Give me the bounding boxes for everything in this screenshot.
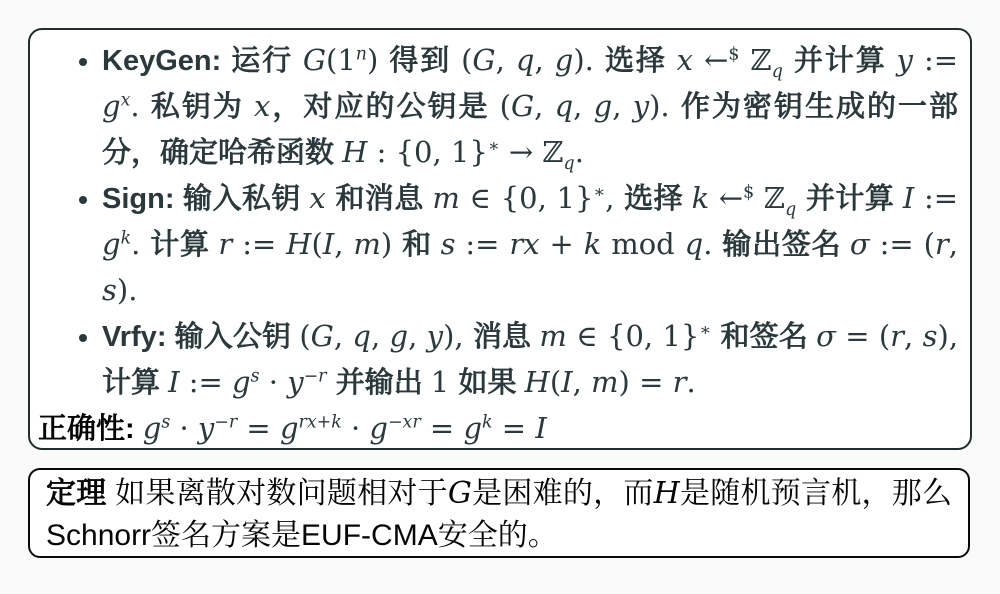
text-run: ). [117,273,138,307]
text-run: g [555,43,574,77]
text-run: ( [311,227,322,261]
text-run: k [482,412,493,432]
text-run: 和 [402,229,440,261]
text-run: s [161,412,170,432]
text-run: k [121,228,132,248]
text-run: , [573,365,591,399]
text-run: s [102,273,117,307]
text-run: 运行 [231,45,303,77]
text-run: s [441,227,466,261]
text-run: 并输出 [336,367,431,399]
text-run: G [472,43,495,77]
text-run: 并计算 [806,183,903,215]
text-run: 选择 [624,183,691,215]
text-run: g [463,411,482,445]
text-run: H [654,476,680,511]
scheme-bullet-list: KeyGen: 运行 G(1n) 得到 (G, q, g). 选择 x ←$ ℤ… [36,38,958,406]
theorem-text: 定理 如果离散对数问题相对于G是困难的，而H是随机预言机，那么Schnorr签名… [46,473,952,557]
text-run: g [280,411,299,445]
text-run: I [168,365,189,399]
text-run: I [323,227,334,261]
text-run: r [218,227,242,261]
text-run: H [286,227,311,261]
text-run: H [342,135,377,169]
text-run: := ( [880,227,935,261]
text-run: m [353,227,381,261]
text-run: . [575,135,584,169]
text-run: := [189,365,232,399]
text-run: , [612,89,632,123]
text-run: 计算 [150,229,218,261]
text-run: $ [743,182,754,202]
text-run: q [785,200,796,220]
text-run: m [432,181,469,215]
text-run: , [904,319,923,353]
text-run: x [677,43,704,77]
text-run: , [573,89,593,123]
text-run: ), [443,319,473,353]
text-run: 是困难的，而 [472,477,654,510]
text-run: 定理 [46,477,115,510]
text-run: y [427,319,443,353]
text-run: ( [550,365,561,399]
bullet-item-keygen: KeyGen: 运行 G(1n) 得到 (G, q, g). 选择 x ←$ ℤ… [102,38,958,176]
text-run: ) [367,43,389,77]
text-run: ，对应的公钥是 [270,91,499,123]
text-run: y [633,89,649,123]
text-run: 输入公钥 [175,321,300,353]
text-run: −r [214,412,237,432]
text-run: = [493,411,536,445]
text-run [327,365,336,399]
text-run: −xr [388,412,421,432]
text-run [711,319,720,353]
text-run: : [157,321,175,353]
text-run: → ℤ [500,135,564,169]
text-run: ∗ [593,182,605,202]
text-run: 和消息 [335,183,432,215]
text-run: G [511,89,534,123]
text-run: (1 [326,43,356,77]
text-run: H [525,365,550,399]
text-run: q [685,227,704,261]
text-run: , [605,181,624,215]
text-run: = [421,411,464,445]
text-run: g [369,411,388,445]
text-run: := [465,227,509,261]
text-run: . [131,227,150,261]
text-run: · [260,365,288,399]
text-run: mod [611,227,684,261]
text-run: + [550,227,584,261]
theorem-box: 定理 如果离散对数问题相对于G是困难的，而H是随机预言机，那么Schnorr签名… [28,468,970,558]
text-run: ( [299,319,310,353]
text-run: ← [704,43,728,77]
text-run: x [309,181,335,215]
text-run: rx+k [299,412,342,432]
text-run: , [534,43,554,77]
text-run: , [371,319,390,353]
text-run: 1 [431,365,459,399]
text-run: rx [509,227,549,261]
text-run: m [591,365,619,399]
text-run: ∗ [699,320,711,340]
text-run: n [356,44,367,64]
text-run: x [254,89,270,123]
text-run: q [352,319,371,353]
text-run: G [311,319,334,353]
text-run [783,43,794,77]
text-run: ∈ {0, 1} [470,181,594,215]
text-run: y [198,411,214,445]
text-run: m [539,319,576,353]
text-run: g [102,89,121,123]
text-run: q [564,154,575,174]
text-run: = ( [845,319,890,353]
text-run: ← [719,181,743,215]
text-run: , [334,227,353,261]
text-run: := [924,181,958,215]
text-run: : [125,413,143,445]
text-run: q [516,43,535,77]
text-run: ) = [619,365,673,399]
text-run: r [890,319,904,353]
text-run: g [143,411,162,445]
correctness-line: 正确性: gs · y−r = grx+k · g−xr = gk = I [36,406,958,450]
text-run [796,181,806,215]
text-run: , [334,319,353,353]
slide-page: KeyGen: 运行 G(1n) 得到 (G, q, g). 选择 x ←$ ℤ… [0,0,1000,594]
text-run: : {0, 1} [377,135,488,169]
text-run: ), [938,319,959,353]
bullet-item-sign: Sign: 输入私钥 x 和消息 m ∈ {0, 1}∗, 选择 k ←$ ℤq… [102,176,958,314]
text-run: ( [500,89,511,123]
text-run: ∗ [488,136,500,156]
text-run: · [342,411,370,445]
text-run: 输出签名 [722,229,850,261]
text-run: = [237,411,280,445]
text-run: 如果离散对数问题相对于 [115,477,448,510]
text-run: . [130,89,150,123]
text-run: 正确性 [38,413,125,445]
text-run: . [703,227,722,261]
text-run: KeyGen [102,45,212,77]
text-run: , [534,89,554,123]
text-run: k [584,227,611,261]
text-run: 计算 [102,367,168,399]
text-run: := [242,227,286,261]
text-run: I [903,181,924,215]
text-run: 输入私钥 [183,183,309,215]
bullet-item-vrfy: Vrfy: 输入公钥 (G, q, g, y), 消息 m ∈ {0, 1}∗ … [102,314,958,406]
text-run: : [212,45,232,77]
text-run: G [303,43,326,77]
text-run: q [772,62,783,82]
text-run: 消息 [473,321,539,353]
text-run: ). [649,89,681,123]
text-run: g [594,89,613,123]
text-run: 得到 [389,45,461,77]
text-run: g [232,365,251,399]
text-run: r [673,365,687,399]
text-run: r [935,227,949,261]
text-run: ℤ [754,181,785,215]
text-run: k [692,181,719,215]
text-run: σ [850,227,880,261]
text-run: . [686,365,695,399]
text-run: x [121,90,131,110]
text-run: G [448,476,472,511]
text-run: ∈ {0, 1} [576,319,699,353]
text-run: σ [816,319,845,353]
text-run: I [561,365,572,399]
text-run: 如果 [458,367,524,399]
text-run: 私钥为 [151,91,254,123]
text-run: , [408,319,427,353]
text-run: s [923,319,938,353]
text-run: Vrfy [102,321,157,353]
text-run: · [170,411,198,445]
text-run: I [535,411,546,445]
text-run: Sign [102,183,165,215]
text-run: y [897,43,924,77]
text-run: ). [573,43,605,77]
text-run: ) [381,227,402,261]
text-run: ( [461,43,472,77]
text-run: , [949,227,958,261]
text-run: −r [304,366,327,386]
schnorr-scheme-box: KeyGen: 运行 G(1n) 得到 (G, q, g). 选择 x ←$ ℤ… [28,28,972,450]
text-run: := [924,43,958,77]
text-run: 并计算 [794,45,897,77]
text-run: g [390,319,409,353]
text-run: q [555,89,574,123]
text-run: 和签名 [721,321,817,353]
text-run: 选择 [605,45,677,77]
text-run: : [165,183,183,215]
text-run: ℤ [739,43,771,77]
text-run: y [287,365,303,399]
text-run: , [496,43,516,77]
text-run: g [102,227,121,261]
text-run: s [251,366,260,386]
text-run: $ [728,44,739,64]
